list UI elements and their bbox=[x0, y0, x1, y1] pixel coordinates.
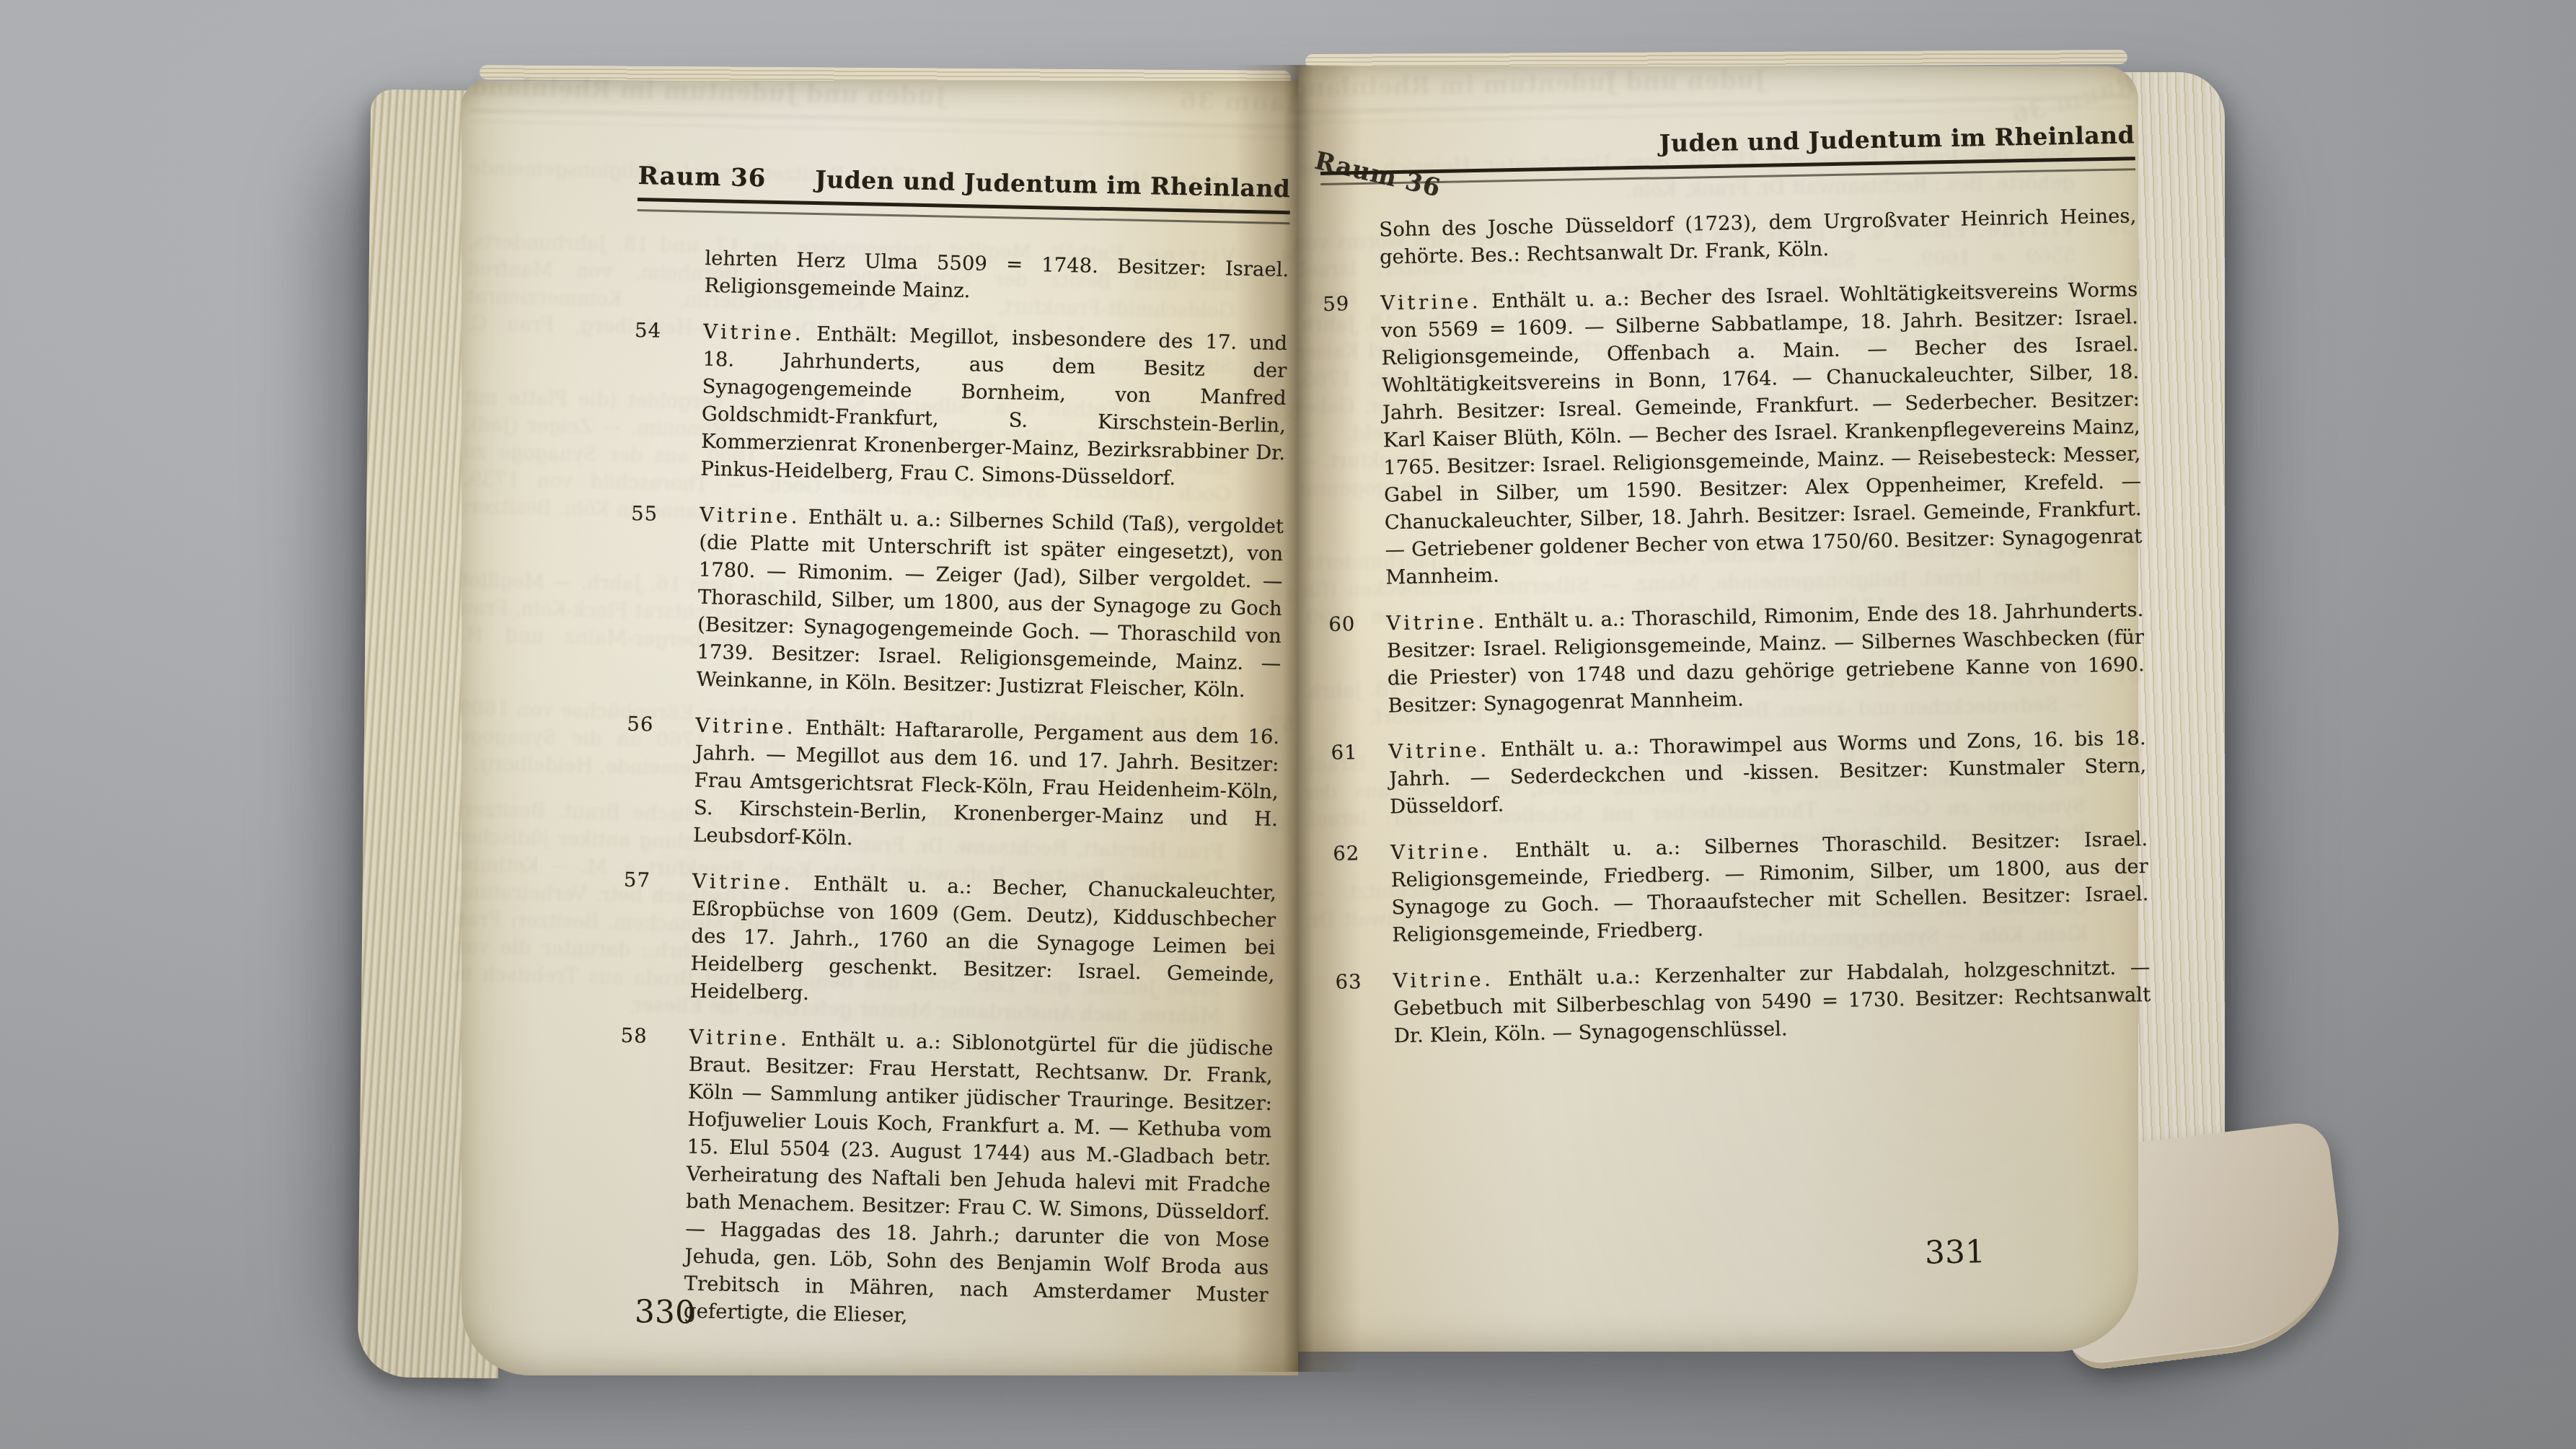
page-header-right: Raum 36 Juden und Judentum im Rheinland bbox=[1320, 120, 2135, 164]
entry-text: Vitrine. Enthält u. a.: Becher, Chanucka… bbox=[690, 868, 1277, 1016]
entry-lead: Vitrine. bbox=[703, 320, 805, 345]
entry-lead: Vitrine. bbox=[689, 1026, 790, 1051]
catalog-entry: 58 Vitrine. Enthält u. a.: Siblonotgürte… bbox=[615, 1022, 1274, 1336]
right-page-content: Raum 36 Juden und Judentum im Rheinland … bbox=[1320, 120, 2151, 1050]
carryover-paragraph-right: Sohn des Josche Düsseldorf (1723), dem U… bbox=[1379, 202, 2137, 270]
entry-number: 56 bbox=[625, 710, 671, 848]
entry-number: 55 bbox=[627, 500, 674, 692]
catalog-entry: 63 Vitrine. Enthält u.a.: Kerzenhalter z… bbox=[1335, 953, 2151, 1051]
entry-body: Enthält u. a.: Silbernes Thoraschild. Be… bbox=[1391, 827, 2149, 946]
entry-text: Vitrine. Enthält: Megillot, insbesondere… bbox=[700, 318, 1287, 494]
entry-text: Vitrine. Enthält u.a.: Kerzenhalter zur … bbox=[1393, 953, 2151, 1049]
page-header-left: Raum 36 Juden und Judentum im Rheinland bbox=[638, 162, 1291, 203]
room-label-left: Raum 36 bbox=[638, 162, 767, 193]
carryover-paragraph-left: lehrten Herz Ulma 5509 = 1748. Besitzer:… bbox=[704, 245, 1289, 311]
entry-text: Vitrine. Enthält u. a.: Thoraschild, Rim… bbox=[1386, 596, 2145, 719]
catalog-entry: 57 Vitrine. Enthält u. a.: Becher, Chanu… bbox=[622, 866, 1277, 1016]
entry-body: Enthält: Megillot, insbesondere des 17. … bbox=[700, 322, 1287, 490]
entry-lead: Vitrine. bbox=[700, 503, 801, 529]
entry-lead: Vitrine. bbox=[1390, 840, 1491, 865]
catalog-entry: 55 Vitrine. Enthält u. a.: Silbernes Sch… bbox=[627, 500, 1284, 705]
desk-surface: Raum 36 Juden und Judentum im Rheinland … bbox=[0, 0, 2576, 1449]
entry-text: Vitrine. Enthält u. a.: Siblonotgürtel f… bbox=[684, 1023, 1274, 1336]
running-title-left: Juden und Judentum im Rheinland bbox=[815, 165, 1291, 203]
entry-body: Enthält u. a.: Thorawimpel aus Worms und… bbox=[1389, 726, 2146, 818]
running-title-right: Juden und Judentum im Rheinland bbox=[1290, 66, 1766, 102]
entry-number: 60 bbox=[1328, 610, 1369, 721]
entry-lead: Vitrine. bbox=[1388, 739, 1489, 764]
page-number-right: 331 bbox=[1925, 1233, 1986, 1271]
entry-list-right: 59 Vitrine. Enthält u. a.: Becher des Is… bbox=[1323, 276, 2151, 1051]
catalog-entry: 60 Vitrine. Enthält u. a.: Thoraschild, … bbox=[1328, 596, 2145, 721]
entry-text: Vitrine. Enthält u. a.: Thorawimpel aus … bbox=[1388, 724, 2147, 820]
entry-body: Enthält u. a.: Silbernes Schild (Taß), v… bbox=[696, 506, 1284, 702]
header-rule-right bbox=[1291, 94, 2131, 123]
room-label-right: Raum 36 bbox=[1312, 146, 1443, 203]
header-rule-left bbox=[470, 108, 1307, 138]
entry-number: 61 bbox=[1331, 739, 1371, 822]
catalog-entry: 54 Vitrine. Enthält: Megillot, insbesond… bbox=[632, 317, 1287, 494]
entry-lead: Vitrine. bbox=[1380, 290, 1481, 315]
header-rule-left bbox=[638, 198, 1290, 224]
entry-text: Vitrine. Enthält u. a.: Becher des Israe… bbox=[1380, 276, 2143, 591]
running-title-right: Juden und Judentum im Rheinland bbox=[1659, 120, 2135, 157]
room-label-left: Raum 36 bbox=[1178, 87, 1307, 118]
entry-number: 59 bbox=[1323, 290, 1367, 592]
entry-lead: Vitrine. bbox=[1393, 968, 1494, 993]
entry-body: Enthält u. a.: Thoraschild, Rimonim, End… bbox=[1387, 598, 2145, 717]
entry-number: 62 bbox=[1333, 840, 1374, 950]
entry-body: Enthält u. a.: Siblonotgürtel für die jü… bbox=[684, 1027, 1274, 1326]
catalog-entry: 59 Vitrine. Enthält u. a.: Becher des Is… bbox=[1323, 276, 2143, 592]
entry-body: Enthält u. a.: Becher des Israel. Wohltä… bbox=[1381, 278, 2143, 589]
entry-text: Vitrine. Enthält u. a.: Silbernes Schild… bbox=[696, 501, 1284, 705]
entry-lead: Vitrine. bbox=[1386, 610, 1487, 635]
entry-number: 58 bbox=[615, 1022, 664, 1324]
entry-lead: Vitrine. bbox=[695, 714, 797, 739]
entry-list-left: 54 Vitrine. Enthält: Megillot, insbesond… bbox=[615, 317, 1288, 1336]
entry-number: 54 bbox=[632, 317, 679, 482]
page-number-left: 330 bbox=[635, 1293, 696, 1331]
catalog-entry: 62 Vitrine. Enthält u. a.: Silbernes Tho… bbox=[1333, 825, 2150, 950]
catalog-entry: 56 Vitrine. Enthält: Haftararolle, Perga… bbox=[625, 710, 1280, 860]
entry-text: Vitrine. Enthält: Haftararolle, Pergamen… bbox=[693, 712, 1280, 860]
left-page: Raum 36 Juden und Judentum im Rheinland … bbox=[462, 81, 1298, 1375]
right-page: Raum 36 Juden und Judentum im Rheinland … bbox=[1298, 66, 2138, 1352]
entry-text: Vitrine. Enthält u. a.: Silbernes Thoras… bbox=[1390, 825, 2150, 948]
entry-number: 57 bbox=[622, 866, 668, 1004]
left-page-content: Raum 36 Juden und Judentum im Rheinland … bbox=[615, 162, 1291, 1336]
entry-body: Enthält u.a.: Kerzenhalter zur Habdalah,… bbox=[1393, 956, 2151, 1047]
catalog-entry: 61 Vitrine. Enthält u. a.: Thorawimpel a… bbox=[1331, 724, 2147, 822]
entry-number: 63 bbox=[1335, 968, 1375, 1051]
entry-lead: Vitrine. bbox=[692, 870, 794, 895]
